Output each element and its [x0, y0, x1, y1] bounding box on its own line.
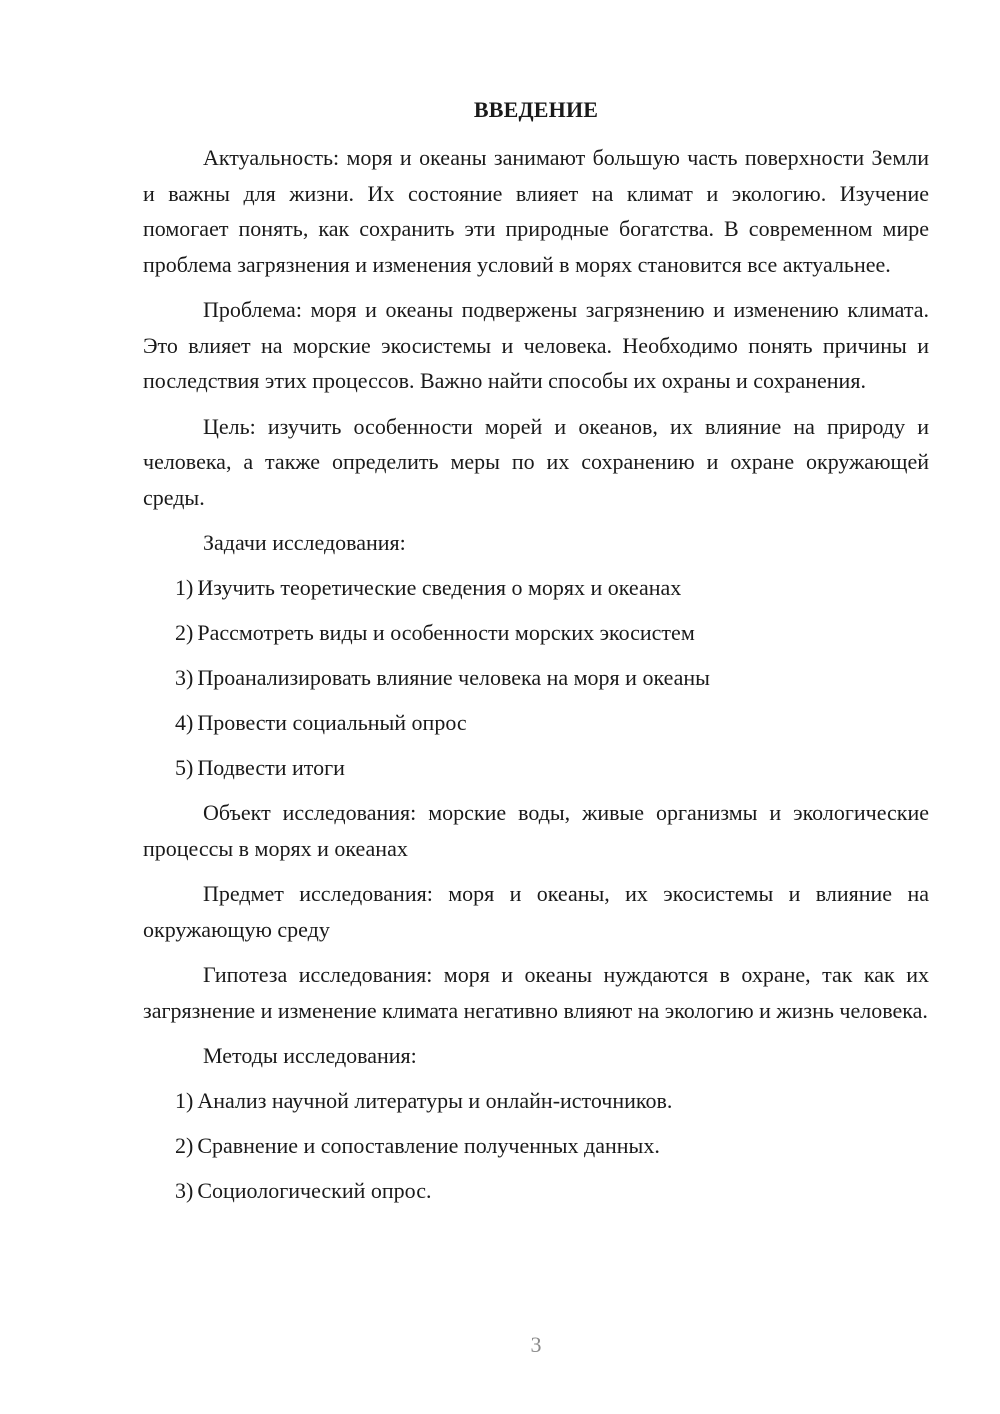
method-item: 3)Социологический опрос.	[143, 1173, 929, 1209]
task-item: 5)Подвести итоги	[143, 750, 929, 786]
method-item: 2)Сравнение и сопоставление полученных д…	[143, 1128, 929, 1164]
tasks-list: 1)Изучить теоретические сведения о морях…	[143, 570, 929, 786]
paragraph-object: Объект исследования: морские воды, живые…	[143, 795, 929, 866]
document-page: ВВЕДЕНИЕ Актуальность: моря и океаны зан…	[143, 92, 929, 1218]
task-item: 4)Провести социальный опрос	[143, 705, 929, 741]
method-number: 3)	[175, 1178, 193, 1203]
task-text: Проанализировать влияние человека на мор…	[197, 665, 710, 690]
task-number: 5)	[175, 755, 193, 780]
section-heading: ВВЕДЕНИЕ	[143, 92, 929, 128]
task-text: Изучить теоретические сведения о морях и…	[197, 575, 681, 600]
task-text: Подвести итоги	[197, 755, 345, 780]
paragraph-hypothesis: Гипотеза исследования: моря и океаны нуж…	[143, 957, 929, 1028]
task-text: Рассмотреть виды и особенности морских э…	[197, 620, 694, 645]
tasks-title: Задачи исследования:	[143, 525, 929, 561]
task-number: 4)	[175, 710, 193, 735]
task-number: 1)	[175, 575, 193, 600]
paragraph-problem: Проблема: моря и океаны подвержены загря…	[143, 292, 929, 399]
task-number: 3)	[175, 665, 193, 690]
paragraph-subject: Предмет исследования: моря и океаны, их …	[143, 876, 929, 947]
method-text: Сравнение и сопоставление полученных дан…	[197, 1133, 660, 1158]
method-item: 1)Анализ научной литературы и онлайн-ист…	[143, 1083, 929, 1119]
method-text: Социологический опрос.	[197, 1178, 431, 1203]
task-text: Провести социальный опрос	[197, 710, 466, 735]
method-text: Анализ научной литературы и онлайн-источ…	[197, 1088, 672, 1113]
task-item: 3)Проанализировать влияние человека на м…	[143, 660, 929, 696]
methods-list: 1)Анализ научной литературы и онлайн-ист…	[143, 1083, 929, 1209]
methods-title: Методы исследования:	[143, 1038, 929, 1074]
task-item: 1)Изучить теоретические сведения о морях…	[143, 570, 929, 606]
method-number: 2)	[175, 1133, 193, 1158]
paragraph-goal: Цель: изучить особенности морей и океано…	[143, 409, 929, 516]
task-item: 2)Рассмотреть виды и особенности морских…	[143, 615, 929, 651]
page-number: 3	[0, 1332, 1000, 1358]
paragraph-relevance: Актуальность: моря и океаны занимают бол…	[143, 140, 929, 282]
task-number: 2)	[175, 620, 193, 645]
method-number: 1)	[175, 1088, 193, 1113]
